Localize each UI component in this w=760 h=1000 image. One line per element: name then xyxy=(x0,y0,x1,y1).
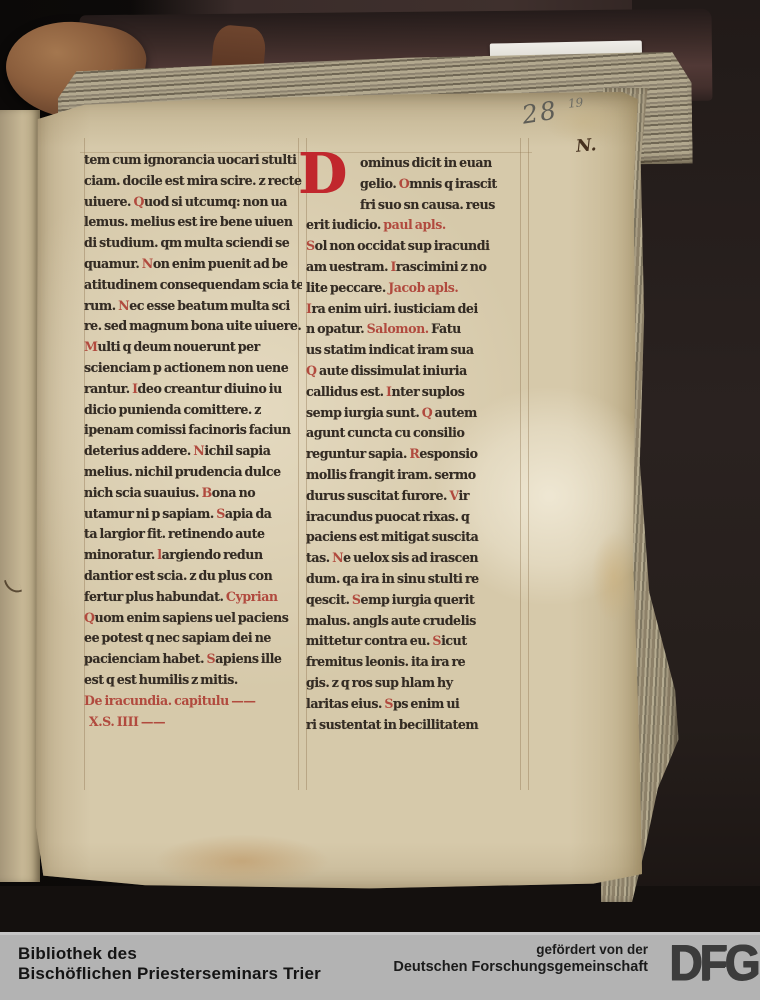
rubric-text: Jacob apls. xyxy=(388,280,458,295)
ink-text: esponsio xyxy=(419,446,477,461)
ink-text: uom enim sapiens uel paciens xyxy=(95,610,289,625)
rubric-text: N xyxy=(142,256,153,271)
manuscript-text-line: reguntur sapia. Responsio xyxy=(306,444,530,465)
manuscript-text-line: mittetur contra eu. Sicut xyxy=(306,631,530,652)
rubric-text: Salomon. xyxy=(367,321,429,336)
ink-text: melius. nichil prudencia dulce xyxy=(84,464,281,479)
ink-text: ona no xyxy=(212,485,255,500)
manuscript-text-line: malus. angls aute crudelis xyxy=(306,611,530,632)
rubric-text: Cyprian xyxy=(226,589,278,604)
manuscript-text-line: semp iurgia sunt. Q autem xyxy=(306,403,530,424)
manuscript-text-line: fremitus leonis. ita ira re xyxy=(306,652,530,673)
illuminated-initial: D xyxy=(298,146,346,202)
manuscript-text-line: scienciam p actionem non uene xyxy=(84,358,302,379)
rubric-text: S xyxy=(384,696,393,711)
dfg-logo: DFG xyxy=(669,933,757,991)
rubric-text: paul apls. xyxy=(383,217,446,232)
ink-text: n opatur. xyxy=(306,321,367,336)
ink-text: pacienciam habet. xyxy=(84,651,207,666)
manuscript-text-line: mollis frangit iram. sermo xyxy=(306,465,530,486)
rubric-text: N xyxy=(332,550,343,565)
library-footer-banner: Bibliothek des Bischöflichen Priestersem… xyxy=(0,932,760,1000)
rubric-text: N xyxy=(118,298,129,313)
ink-text: ps enim ui xyxy=(393,696,459,711)
ink-text: malus. angls aute crudelis xyxy=(306,613,476,628)
rubric-text: X.S. IIII —— xyxy=(84,714,165,729)
manuscript-text-line: qescit. Semp iurgia querit xyxy=(306,590,530,611)
rubric-text: S xyxy=(352,592,361,607)
manuscript-text-line: ta largior fit. retinendo aute xyxy=(84,524,302,545)
manuscript-text-line: lemus. melius est ire bene uiuen xyxy=(84,212,302,233)
manuscript-text-line: ciam. docile est mira scire. z recte xyxy=(84,171,302,192)
manuscript-text-line: Multi q deum nouerunt per xyxy=(84,337,302,358)
ink-text: ipenam comissi facinoris faciun xyxy=(84,422,291,437)
ink-text: dantior est scia. z du plus con xyxy=(84,568,272,583)
ink-text: fremitus leonis. ita ira re xyxy=(306,654,465,669)
ink-text: Fatu xyxy=(429,321,461,336)
ink-text: apiens ille xyxy=(215,651,281,666)
ink-text: ciam. docile est mira scire. z recte xyxy=(84,173,302,188)
ink-text: ichil sapia xyxy=(204,443,270,458)
ink-text: gis. z q ros sup hlam hy xyxy=(306,675,453,690)
ink-text: ominus dicit in euan xyxy=(360,155,492,170)
manuscript-text-line: uiuere. Quod si utcumq: non ua xyxy=(84,192,302,213)
ink-corner-mark: N. xyxy=(575,135,597,157)
ink-text: erit iudicio. xyxy=(306,217,383,232)
ink-text: reguntur sapia. xyxy=(306,446,409,461)
ink-text: atitudinem consequendam scia te xyxy=(84,277,302,292)
ink-text: semp iurgia sunt. xyxy=(306,405,422,420)
ink-text: argiendo redun xyxy=(162,547,263,562)
ink-text: mnis q irascit xyxy=(409,176,497,191)
manuscript-text-line: rantur. Ideo creantur diuino iu xyxy=(84,379,302,400)
manuscript-text-line: tas. Ne uelox sis ad irascen xyxy=(306,548,530,569)
ink-text: deo creantur diuino iu xyxy=(138,381,282,396)
ink-text: fri suo sn causa. reus xyxy=(360,197,495,212)
ink-text: ra enim uiri. iusticiam dei xyxy=(311,301,477,316)
ink-text: apia da xyxy=(225,506,272,521)
manuscript-text-line: lite peccare. Jacob apls. xyxy=(306,278,530,299)
manuscript-text-line: quamur. Non enim puenit ad be xyxy=(84,254,302,275)
ink-text: mittetur contra eu. xyxy=(306,633,432,648)
ink-text: gelio. xyxy=(360,176,399,191)
rubric-text: O xyxy=(399,176,410,191)
manuscript-text-line: durus suscitat furore. Vir xyxy=(306,486,530,507)
manuscript-text-line: di studium. qm multa sciendi se xyxy=(84,233,302,254)
rubric-text: Q xyxy=(84,610,95,625)
facing-page-sliver xyxy=(0,110,40,882)
rubric-text: M xyxy=(84,339,98,354)
funding-credit-line2: Deutschen Forschungsgemeinschaft xyxy=(393,958,648,977)
ink-text: minoratur. xyxy=(84,547,157,562)
ink-text: aute dissimulat iniuria xyxy=(317,363,467,378)
ink-text: fertur plus habundat. xyxy=(84,589,226,604)
ink-text: ir xyxy=(458,488,469,503)
manuscript-text-line: nich scia suauius. Bona no xyxy=(84,483,302,504)
ink-text: rantur. xyxy=(84,381,132,396)
manuscript-text-line: pacienciam habet. Sapiens ille xyxy=(84,649,302,670)
ink-text: callidus est. xyxy=(306,384,386,399)
ink-text: dicio punienda comittere. z xyxy=(84,402,261,417)
ink-text: dum. qa ira in sinu stulti re xyxy=(306,571,479,586)
ink-text: durus suscitat furore. xyxy=(306,488,449,503)
manuscript-text-line: ipenam comissi facinoris faciun xyxy=(84,420,302,441)
ink-text: rum. xyxy=(84,298,118,313)
ink-text: lite peccare. xyxy=(306,280,388,295)
ink-text: est q est humilis z mitis. xyxy=(84,672,238,687)
manuscript-text-line: Ira enim uiri. iusticiam dei xyxy=(306,299,530,320)
manuscript-text-line: est q est humilis z mitis. xyxy=(84,670,302,691)
manuscript-text-line: X.S. IIII —— xyxy=(84,712,302,733)
funding-credit: gefördert von der Deutschen Forschungsge… xyxy=(393,941,648,977)
manuscript-text-line: minoratur. largiendo redun xyxy=(84,545,302,566)
manuscript-text-line: atitudinem consequendam scia te xyxy=(84,275,302,296)
digitized-manuscript-page: 28 19 N. tem cum ignorancia uocari stult… xyxy=(0,0,760,1000)
manuscript-text-line: dantior est scia. z du plus con xyxy=(84,566,302,587)
ink-text: icut xyxy=(441,633,467,648)
ink-text: uiuere. xyxy=(84,194,133,209)
ink-text: e uelox sis ad irascen xyxy=(343,550,478,565)
manuscript-text-line: erit iudicio. paul apls. xyxy=(306,215,530,236)
rubric-text: S xyxy=(432,633,441,648)
manuscript-text-line: Q aute dissimulat iniuria xyxy=(306,361,530,382)
rubric-text: De iracundia. capitulu —— xyxy=(84,693,256,708)
ink-text: rascimini z no xyxy=(396,259,487,274)
manuscript-text-line: Quom enim sapiens uel paciens xyxy=(84,608,302,629)
ink-text: deterius addere. xyxy=(84,443,193,458)
manuscript-text-line: melius. nichil prudencia dulce xyxy=(84,462,302,483)
library-name-line1: Bibliothek des xyxy=(18,944,321,964)
manuscript-text-line: tem cum ignorancia uocari stulti xyxy=(84,150,302,171)
rubric-text: N xyxy=(193,443,204,458)
manuscript-text-line: paciens est mitigat suscita xyxy=(306,527,530,548)
manuscript-text-line: utamur ni p sapiam. Sapia da xyxy=(84,504,302,525)
ink-text: utamur ni p sapiam. xyxy=(84,506,216,521)
facing-page-ink-mark xyxy=(4,576,22,596)
manuscript-text-line: dum. qa ira in sinu stulti re xyxy=(306,569,530,590)
ink-text: lemus. melius est ire bene uiuen xyxy=(84,214,293,229)
ink-text: nich scia suauius. xyxy=(84,485,202,500)
ink-text: us statim indicat iram sua xyxy=(306,342,474,357)
rubric-text: Q xyxy=(422,405,433,420)
ink-text: ri sustentat in becillitatem xyxy=(306,717,478,732)
manuscript-text-line: gis. z q ros sup hlam hy xyxy=(306,673,530,694)
funding-credit-line1: gefördert von der xyxy=(393,941,648,958)
manuscript-text-line: ri sustentat in becillitatem xyxy=(306,715,530,736)
rubric-text: S xyxy=(216,506,225,521)
rubric-text: R xyxy=(409,446,419,461)
manuscript-text-line: De iracundia. capitulu —— xyxy=(84,691,302,712)
ink-text: ec esse beatum multa sci xyxy=(129,298,290,313)
manuscript-text-line: n opatur. Salomon. Fatu xyxy=(306,319,530,340)
ink-text: tem cum ignorancia uocari stulti xyxy=(84,152,296,167)
text-column-left: tem cum ignorancia uocari stulticiam. do… xyxy=(84,150,302,732)
ink-text: ulti q deum nouerunt per xyxy=(98,339,260,354)
background-bottom xyxy=(0,886,760,932)
ink-text: ee potest q nec sapiam dei ne xyxy=(84,630,271,645)
rubric-text: Q xyxy=(133,194,144,209)
rubric-text: S xyxy=(306,238,315,253)
ink-text: qescit. xyxy=(306,592,352,607)
ink-text: quamur. xyxy=(84,256,142,271)
ink-text: uod si utcumq: non ua xyxy=(144,194,287,209)
manuscript-text-line: us statim indicat iram sua xyxy=(306,340,530,361)
manuscript-text-line: deterius addere. Nichil sapia xyxy=(84,441,302,462)
manuscript-text-line: dicio punienda comittere. z xyxy=(84,400,302,421)
ink-text: agunt cuncta cu consilio xyxy=(306,425,464,440)
manuscript-text-line: agunt cuncta cu consilio xyxy=(306,423,530,444)
rubric-text: S xyxy=(207,651,216,666)
ink-text: scienciam p actionem non uene xyxy=(84,360,288,375)
ink-text: di studium. qm multa sciendi se xyxy=(84,235,289,250)
manuscript-text-line: callidus est. Inter suplos xyxy=(306,382,530,403)
ink-text: am uestram. xyxy=(306,259,390,274)
ink-text: iracundus puocat rixas. q xyxy=(306,509,469,524)
ink-text: ta largior fit. retinendo aute xyxy=(84,526,265,541)
manuscript-text-line: iracundus puocat rixas. q xyxy=(306,507,530,528)
ink-text: nter suplos xyxy=(391,384,464,399)
manuscript-text-line: laritas eius. Sps enim ui xyxy=(306,694,530,715)
manuscript-text-line: am uestram. Irascimini z no xyxy=(306,257,530,278)
rubric-text: B xyxy=(202,485,212,500)
rubric-text: Q xyxy=(306,363,317,378)
library-name: Bibliothek des Bischöflichen Priestersem… xyxy=(18,944,321,984)
ink-text: paciens est mitigat suscita xyxy=(306,529,478,544)
ink-text: emp iurgia querit xyxy=(361,592,475,607)
ink-text: mollis frangit iram. sermo xyxy=(306,467,476,482)
parchment-stain-bottom xyxy=(154,834,330,888)
ink-text: laritas eius. xyxy=(306,696,384,711)
ink-text: tas. xyxy=(306,550,332,565)
folio-number: 28 xyxy=(520,95,560,129)
ink-text: autem xyxy=(432,405,477,420)
manuscript-recto-page: 28 19 N. tem cum ignorancia uocari stult… xyxy=(36,92,642,890)
manuscript-text-line: ee potest q nec sapiam dei ne xyxy=(84,628,302,649)
folio-note: 19 xyxy=(567,95,584,111)
text-column-right: Dominus dicit in euangelio. Omnis q iras… xyxy=(306,153,530,735)
manuscript-text-line: Sol non occidat sup iracundi xyxy=(306,236,530,257)
manuscript-text-line: fertur plus habundat. Cyprian xyxy=(84,587,302,608)
manuscript-text-line: re. sed magnum bona uite uiuere. xyxy=(84,316,302,337)
ink-text: on enim puenit ad be xyxy=(153,256,288,271)
ink-text: re. sed magnum bona uite uiuere. xyxy=(84,318,301,333)
library-name-line2: Bischöflichen Priesterseminars Trier xyxy=(18,964,321,984)
parchment-stain-right xyxy=(592,532,636,622)
manuscript-text-line: rum. Nec esse beatum multa sci xyxy=(84,296,302,317)
ink-text: ol non occidat sup iracundi xyxy=(315,238,490,253)
